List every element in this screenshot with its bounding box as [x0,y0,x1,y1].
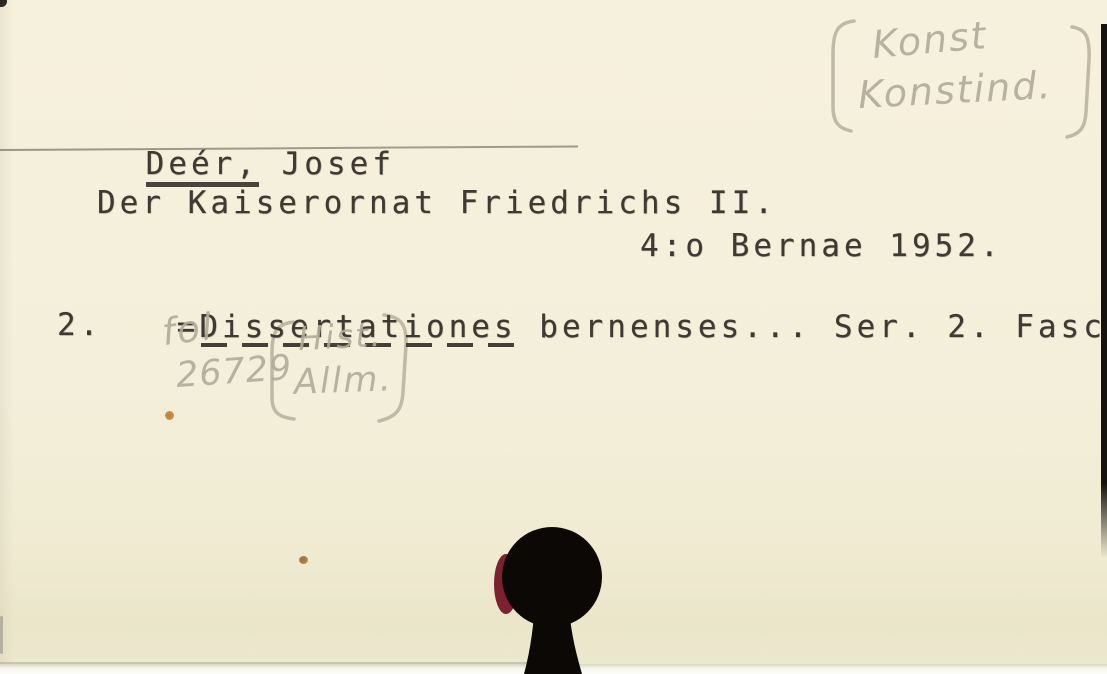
title-line: Der Kaiserornat Friedrichs II. [97,183,777,223]
author-surname: Deér, [146,149,259,187]
corner-speck [0,0,7,7]
pencil-class-line1: Hist. [297,315,384,358]
series-continuation: 2. [57,305,102,345]
hole-red-sliver [494,554,518,614]
scan-right-edge [1101,24,1107,558]
series-rest: bernenses... Ser. 2. Fasc. [517,309,1107,345]
pencil-subject-line1: Konst [870,13,989,67]
pencil-subject-line2: Konstind. [857,63,1053,117]
bracket-right-top-right [1067,27,1089,137]
hole-circle [502,527,602,627]
imprint-line: 4:o Bernae 1952. [640,226,1003,266]
catalog-card: Konst Konstind. Deér, Josef Der Kaiseror… [0,0,1107,674]
scan-bottom-edge [0,664,1107,674]
pencil-shelf-number: 26729 [175,348,294,396]
bracket-left-top-right [833,21,854,131]
author-forename: Josef [259,146,395,182]
pencil-format: fol [160,305,217,354]
brown-speck [299,556,308,564]
pencil-class-line2: Allm. [293,359,393,402]
left-edge-mark [0,616,3,654]
orange-dot [165,411,174,420]
